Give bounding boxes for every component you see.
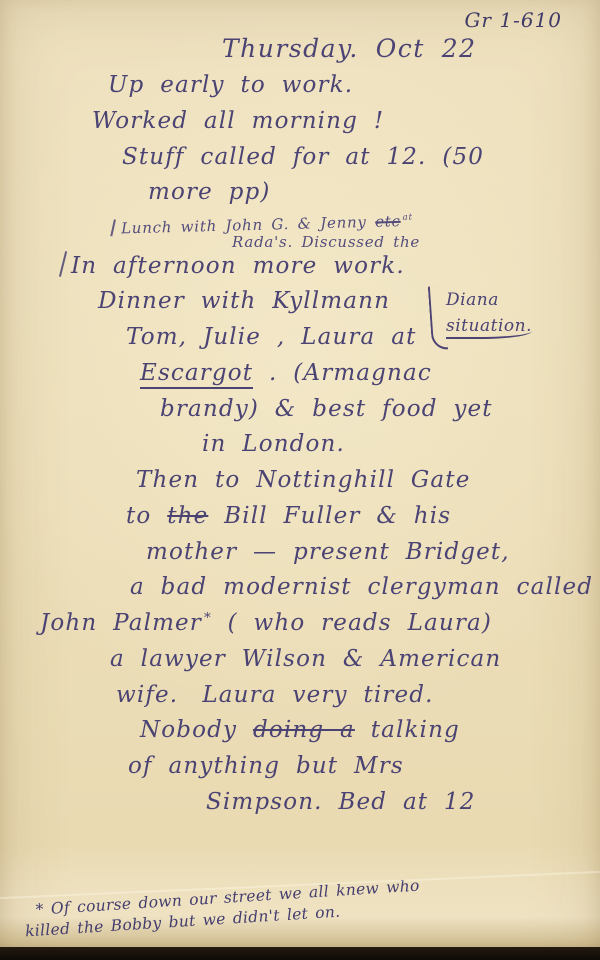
margin-note-line: situation. (446, 314, 578, 340)
handwritten-line: John Palmer* ( who reads Laura) (40, 611, 600, 637)
handwritten-line: Up early to work. (108, 73, 600, 99)
handwritten-line: Worked all morning ! (92, 109, 600, 135)
handwritten-line: Rada's. Discussed the (232, 234, 600, 251)
handwritten-line: in London. (202, 432, 600, 458)
handwritten-line: a bad modernist clergyman called (130, 575, 600, 601)
handwritten-line: In afternoon more work. (62, 251, 600, 280)
diary-page: Gr 1-610 Thursday. Oct 22 Up early to wo… (0, 0, 600, 960)
handwritten-line: brandy) & best food yet (160, 397, 600, 423)
handwritten-line: wife. Laura very tired. (116, 683, 600, 709)
handwritten-line: mother — present Bridget, (146, 540, 600, 566)
handwritten-lines: Up early to work.Worked all morning !Stu… (0, 73, 600, 816)
handwritten-line: Then to Nottinghill Gate (136, 468, 600, 494)
margin-note-line: Diana (446, 288, 578, 314)
page-title: Thursday. Oct 22 (222, 34, 600, 63)
insertion-mark-icon (110, 219, 116, 236)
scan-bottom-edge (0, 947, 600, 960)
handwritten-line: a lawyer Wilson & American (110, 647, 600, 673)
footnote: * Of course down our street we all knew … (35, 868, 537, 941)
margin-note: Diana situation. (446, 288, 578, 339)
handwritten-line: Simpson. Bed at 12 (206, 790, 600, 816)
handwritten-line: of anything but Mrs (128, 754, 600, 780)
catalog-note: Gr 1-610 (464, 8, 562, 32)
handwritten-line: to the Bill Fuller & his (126, 504, 600, 530)
handwritten-line: Escargot . (Armagnac (140, 361, 600, 387)
insertion-mark-icon (59, 251, 67, 277)
handwritten-line: Nobody doing a talking (140, 718, 600, 744)
handwritten-line: more pp) (148, 180, 600, 206)
handwritten-line: Stuff called for at 12. (50 (122, 145, 600, 171)
